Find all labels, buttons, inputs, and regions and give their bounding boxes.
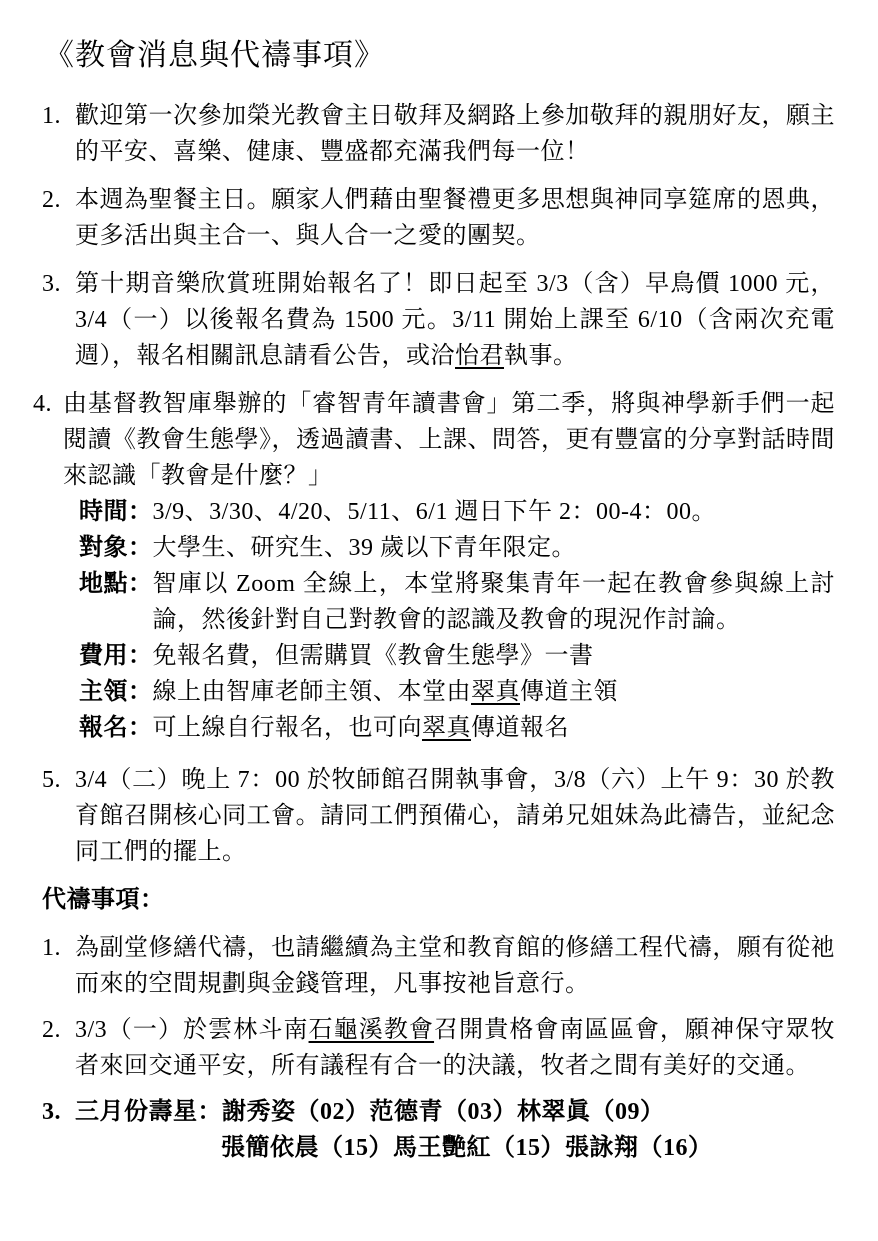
prayer-item-2: 2. 3/3（一）於雲林斗南石龜溪教會召開貴格會南區區會，願神保守眾牧者來回交通…	[42, 1012, 836, 1084]
prayer-section-heading: 代禱事項：	[42, 882, 836, 918]
detail-audience-value: 大學生、研究生、39 歲以下青年限定。	[153, 530, 836, 566]
prayer-item-2-church-name: 石龜溪教會	[309, 1017, 435, 1043]
detail-time-label: 時間：	[79, 494, 153, 530]
detail-signup-value: 可上線自行報名，也可向翠真傳道報名	[153, 710, 836, 746]
news-item-4-number: 4.	[33, 386, 63, 422]
detail-location-value: 智庫以 Zoom 全線上，本堂將聚集青年一起在教會參與線上討論，然後針對自己對教…	[153, 566, 836, 638]
detail-row-time: 時間：3/9、3/30、4/20、5/11、6/1 週日下午 2：00-4：00…	[79, 494, 835, 530]
detail-signup-label: 報名：	[79, 710, 153, 746]
detail-leader-value: 線上由智庫老師主領、本堂由翠真傳道主領	[153, 674, 836, 710]
news-item-1: 1. 歡迎第一次參加榮光教會主日敬拜及網路上參加敬拜的親朋好友，願主的平安、喜樂…	[42, 98, 836, 170]
detail-row-location: 地點：智庫以 Zoom 全線上，本堂將聚集青年一起在教會參與線上討論，然後針對自…	[79, 566, 835, 638]
detail-fee-value: 免報名費，但需購買《教會生態學》一書	[153, 638, 836, 674]
news-item-4-intro: 由基督教智庫舉辦的「睿智青年讀書會」第二季，將與神學新手們一起閱讀《教會生態學》…	[63, 386, 835, 494]
news-item-3-contact-name: 怡君	[455, 343, 504, 369]
detail-leader-label: 主領：	[79, 674, 153, 710]
detail-row-leader: 主領：線上由智庫老師主領、本堂由翠真傳道主領	[79, 674, 835, 710]
birthday-list-line-1: 三月份壽星：謝秀姿（02）范德青（03）林翠眞（09）	[75, 1094, 835, 1130]
detail-signup-post: 傳道報名	[471, 715, 569, 741]
news-item-2-text: 本週為聖餐主日。願家人們藉由聖餐禮更多思想與神同享筵席的恩典，更多活出與主合一、…	[75, 182, 835, 254]
prayer-section: 代禱事項： 1. 為副堂修繕代禱，也請繼續為主堂和教育館的修繕工程代禱，願有從祂…	[42, 882, 836, 1166]
prayer-item-2-text-pre: 3/3（一）於雲林斗南	[75, 1017, 309, 1043]
detail-row-audience: 對象：大學生、研究生、39 歲以下青年限定。	[79, 530, 835, 566]
news-item-2-number: 2.	[42, 182, 75, 218]
prayer-item-3-birthdays: 3. 三月份壽星：謝秀姿（02）范德青（03）林翠眞（09） 張簡依晨（15）馬…	[42, 1094, 836, 1166]
prayer-item-1-number: 1.	[42, 930, 75, 966]
news-item-1-text: 歡迎第一次參加榮光教會主日敬拜及網路上參加敬拜的親朋好友，願主的平安、喜樂、健康…	[75, 98, 835, 170]
detail-fee-label: 費用：	[79, 638, 153, 674]
prayer-item-3-number: 3.	[42, 1094, 75, 1130]
prayer-item-2-number: 2.	[42, 1012, 75, 1048]
detail-row-fee: 費用：免報名費，但需購買《教會生態學》一書	[79, 638, 835, 674]
birthday-list-line-2: 張簡依晨（15）馬王艷紅（15）張詠翔（16）	[75, 1130, 835, 1166]
detail-audience-label: 對象：	[79, 530, 153, 566]
news-item-4: 4. 由基督教智庫舉辦的「睿智青年讀書會」第二季，將與神學新手們一起閱讀《教會生…	[33, 386, 836, 746]
detail-time-value: 3/9、3/30、4/20、5/11、6/1 週日下午 2：00-4：00。	[153, 494, 836, 530]
detail-location-label: 地點：	[79, 566, 153, 602]
news-item-4-body: 由基督教智庫舉辦的「睿智青年讀書會」第二季，將與神學新手們一起閱讀《教會生態學》…	[63, 386, 835, 746]
news-item-1-number: 1.	[42, 98, 75, 134]
news-item-4-details: 時間：3/9、3/30、4/20、5/11、6/1 週日下午 2：00-4：00…	[63, 494, 835, 746]
news-item-3-text-post: 執事。	[504, 343, 578, 369]
detail-leader-pre: 線上由智庫老師主領、本堂由	[153, 679, 472, 705]
news-item-3-number: 3.	[42, 266, 75, 302]
news-item-3-text: 第十期音樂欣賞班開始報名了！即日起至 3/3（含）早鳥價 1000 元，3/4（…	[75, 266, 835, 374]
detail-leader-post: 傳道主領	[520, 679, 618, 705]
detail-leader-name: 翠真	[471, 679, 520, 705]
document-title: 《教會消息與代禱事項》	[44, 34, 836, 78]
document-page: 《教會消息與代禱事項》 1. 歡迎第一次參加榮光教會主日敬拜及網路上參加敬拜的親…	[0, 0, 878, 1241]
news-item-2: 2. 本週為聖餐主日。願家人們藉由聖餐禮更多思想與神同享筵席的恩典，更多活出與主…	[42, 182, 836, 254]
news-item-5-text: 3/4（二）晚上 7：00 於牧師館召開執事會，3/8（六）上午 9：30 於教…	[75, 762, 835, 870]
news-item-3: 3. 第十期音樂欣賞班開始報名了！即日起至 3/3（含）早鳥價 1000 元，3…	[42, 266, 836, 374]
news-item-5: 5. 3/4（二）晚上 7：00 於牧師館召開執事會，3/8（六）上午 9：30…	[42, 762, 836, 870]
detail-signup-pre: 可上線自行報名，也可向	[153, 715, 423, 741]
news-item-5-number: 5.	[42, 762, 75, 798]
prayer-item-2-text: 3/3（一）於雲林斗南石龜溪教會召開貴格會南區區會，願神保守眾牧者來回交通平安，…	[75, 1012, 835, 1084]
prayer-item-1-text: 為副堂修繕代禱，也請繼續為主堂和教育館的修繕工程代禱，願有從祂而來的空間規劃與金…	[75, 930, 835, 1002]
prayer-item-1: 1. 為副堂修繕代禱，也請繼續為主堂和教育館的修繕工程代禱，願有從祂而來的空間規…	[42, 930, 836, 1002]
prayer-item-3-text: 三月份壽星：謝秀姿（02）范德青（03）林翠眞（09） 張簡依晨（15）馬王艷紅…	[75, 1094, 835, 1166]
detail-row-signup: 報名：可上線自行報名，也可向翠真傳道報名	[79, 710, 835, 746]
detail-signup-name: 翠真	[422, 715, 471, 741]
